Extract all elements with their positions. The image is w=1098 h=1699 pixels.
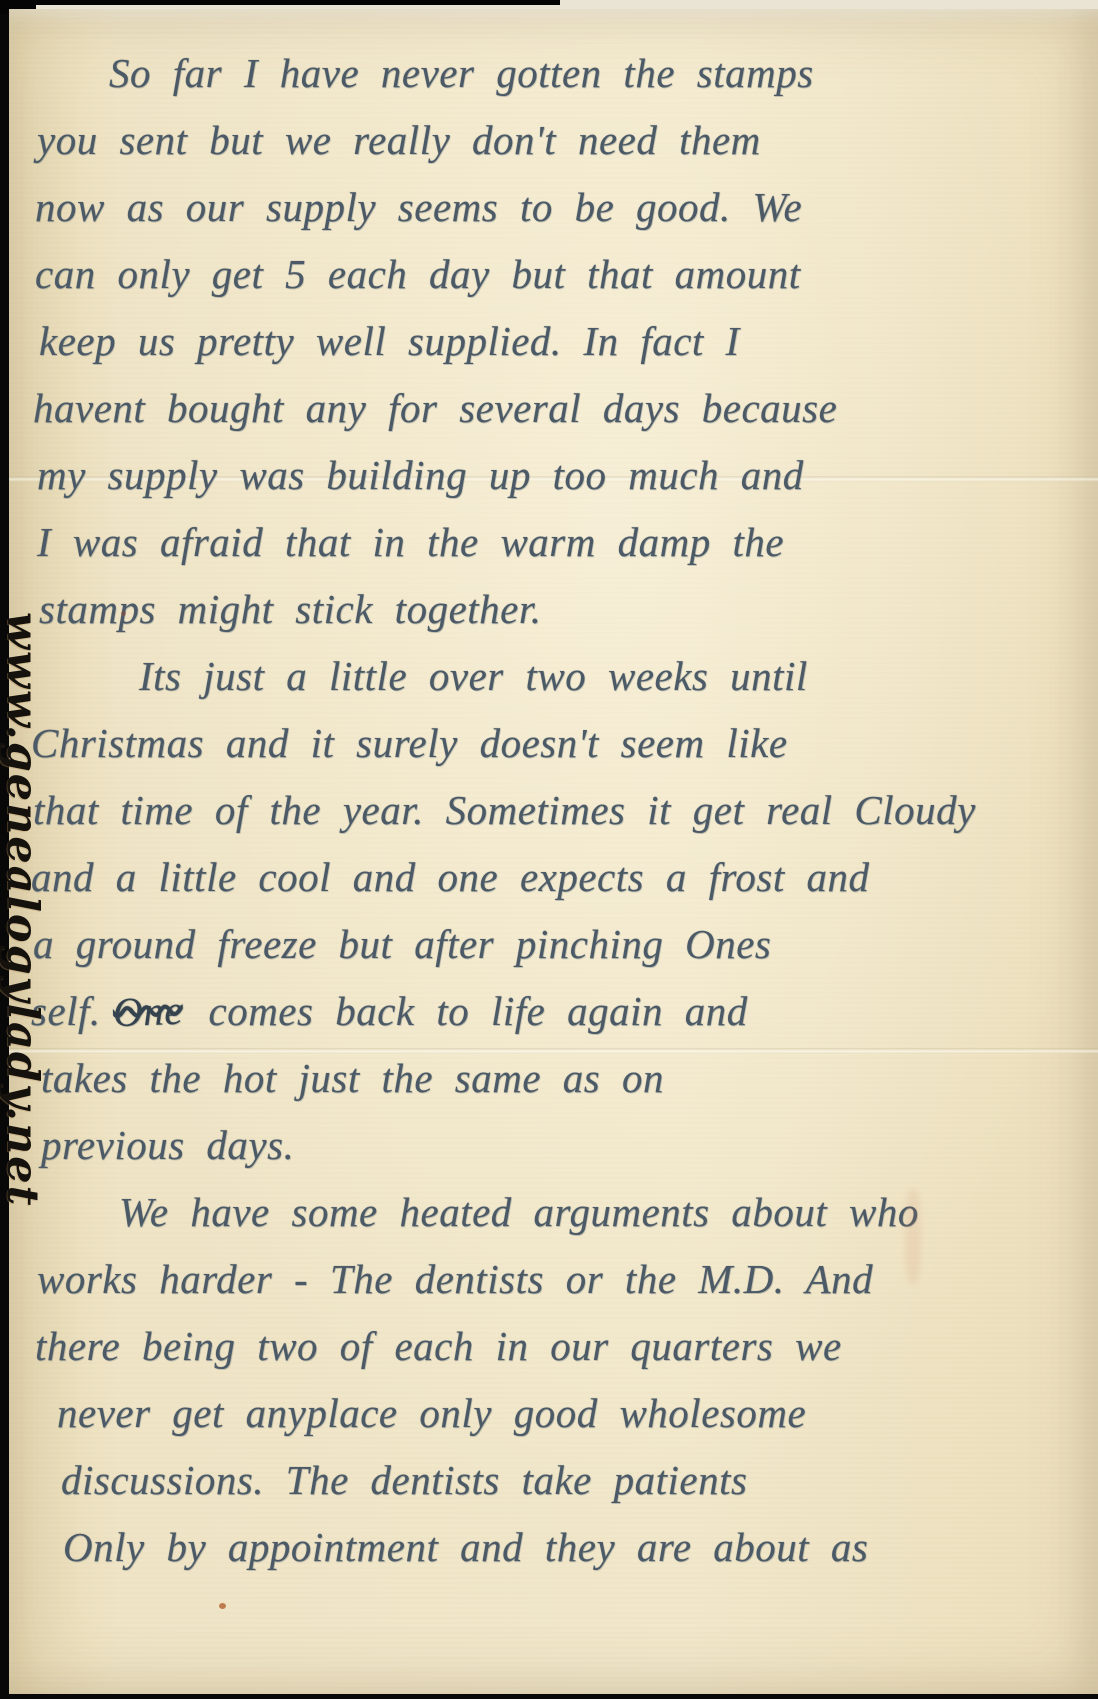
handwritten-line: Only by appointment and they are about a… xyxy=(31,1517,1092,1584)
handwritten-line: self.Onecomes back to life again and xyxy=(31,981,1092,1048)
handwritten-line: and a little cool and one expects a fros… xyxy=(31,847,1092,914)
handwritten-line: works harder - The dentists or the M.D. … xyxy=(31,1249,1092,1316)
letter-lines: So far I have never gotten the stampsyou… xyxy=(31,43,1092,1584)
handwritten-line: my supply was building up too much and xyxy=(31,445,1092,512)
handwritten-line: can only get 5 each day but that amount xyxy=(31,244,1092,311)
scanned-letter: So far I have never gotten the stampsyou… xyxy=(0,0,1098,1699)
handwritten-line: keep us pretty well supplied. In fact I xyxy=(31,311,1092,378)
handwritten-line: never get anyplace only good wholesome xyxy=(31,1383,1092,1450)
scanner-edge-top-shadow xyxy=(0,0,560,5)
handwritten-line: I was afraid that in the warm damp the xyxy=(31,512,1092,579)
handwritten-line: previous days. xyxy=(31,1115,1092,1182)
handwritten-line: Its just a little over two weeks until xyxy=(31,646,1092,713)
handwritten-line: takes the hot just the same as on xyxy=(31,1048,1092,1115)
handwritten-line: havent bought any for several days becau… xyxy=(31,378,1092,445)
handwritten-line: Christmas and it surely doesn't seem lik… xyxy=(31,713,1092,780)
handwritten-line: you sent but we really don't need them xyxy=(31,110,1092,177)
handwritten-line: We have some heated arguments about who xyxy=(31,1182,1092,1249)
letter-page: So far I have never gotten the stampsyou… xyxy=(9,9,1098,1694)
handwritten-line: stamps might stick together. xyxy=(31,579,1092,646)
handwritten-line: now as our supply seems to be good. We xyxy=(31,177,1092,244)
paper-speck xyxy=(219,1603,226,1609)
handwritten-line: that time of the year. Sometimes it get … xyxy=(31,780,1092,847)
handwritten-line: discussions. The dentists take patients xyxy=(31,1450,1092,1517)
handwritten-line: there being two of each in our quarters … xyxy=(31,1316,1092,1383)
crossed-out-word: One xyxy=(112,980,184,1042)
handwritten-line: a ground freeze but after pinching Ones xyxy=(31,914,1092,981)
handwritten-line: So far I have never gotten the stamps xyxy=(31,43,1092,110)
genealogylady-watermark: www.genealogylady.net xyxy=(0,612,47,1207)
line-text: comes back to life again and xyxy=(209,988,748,1034)
